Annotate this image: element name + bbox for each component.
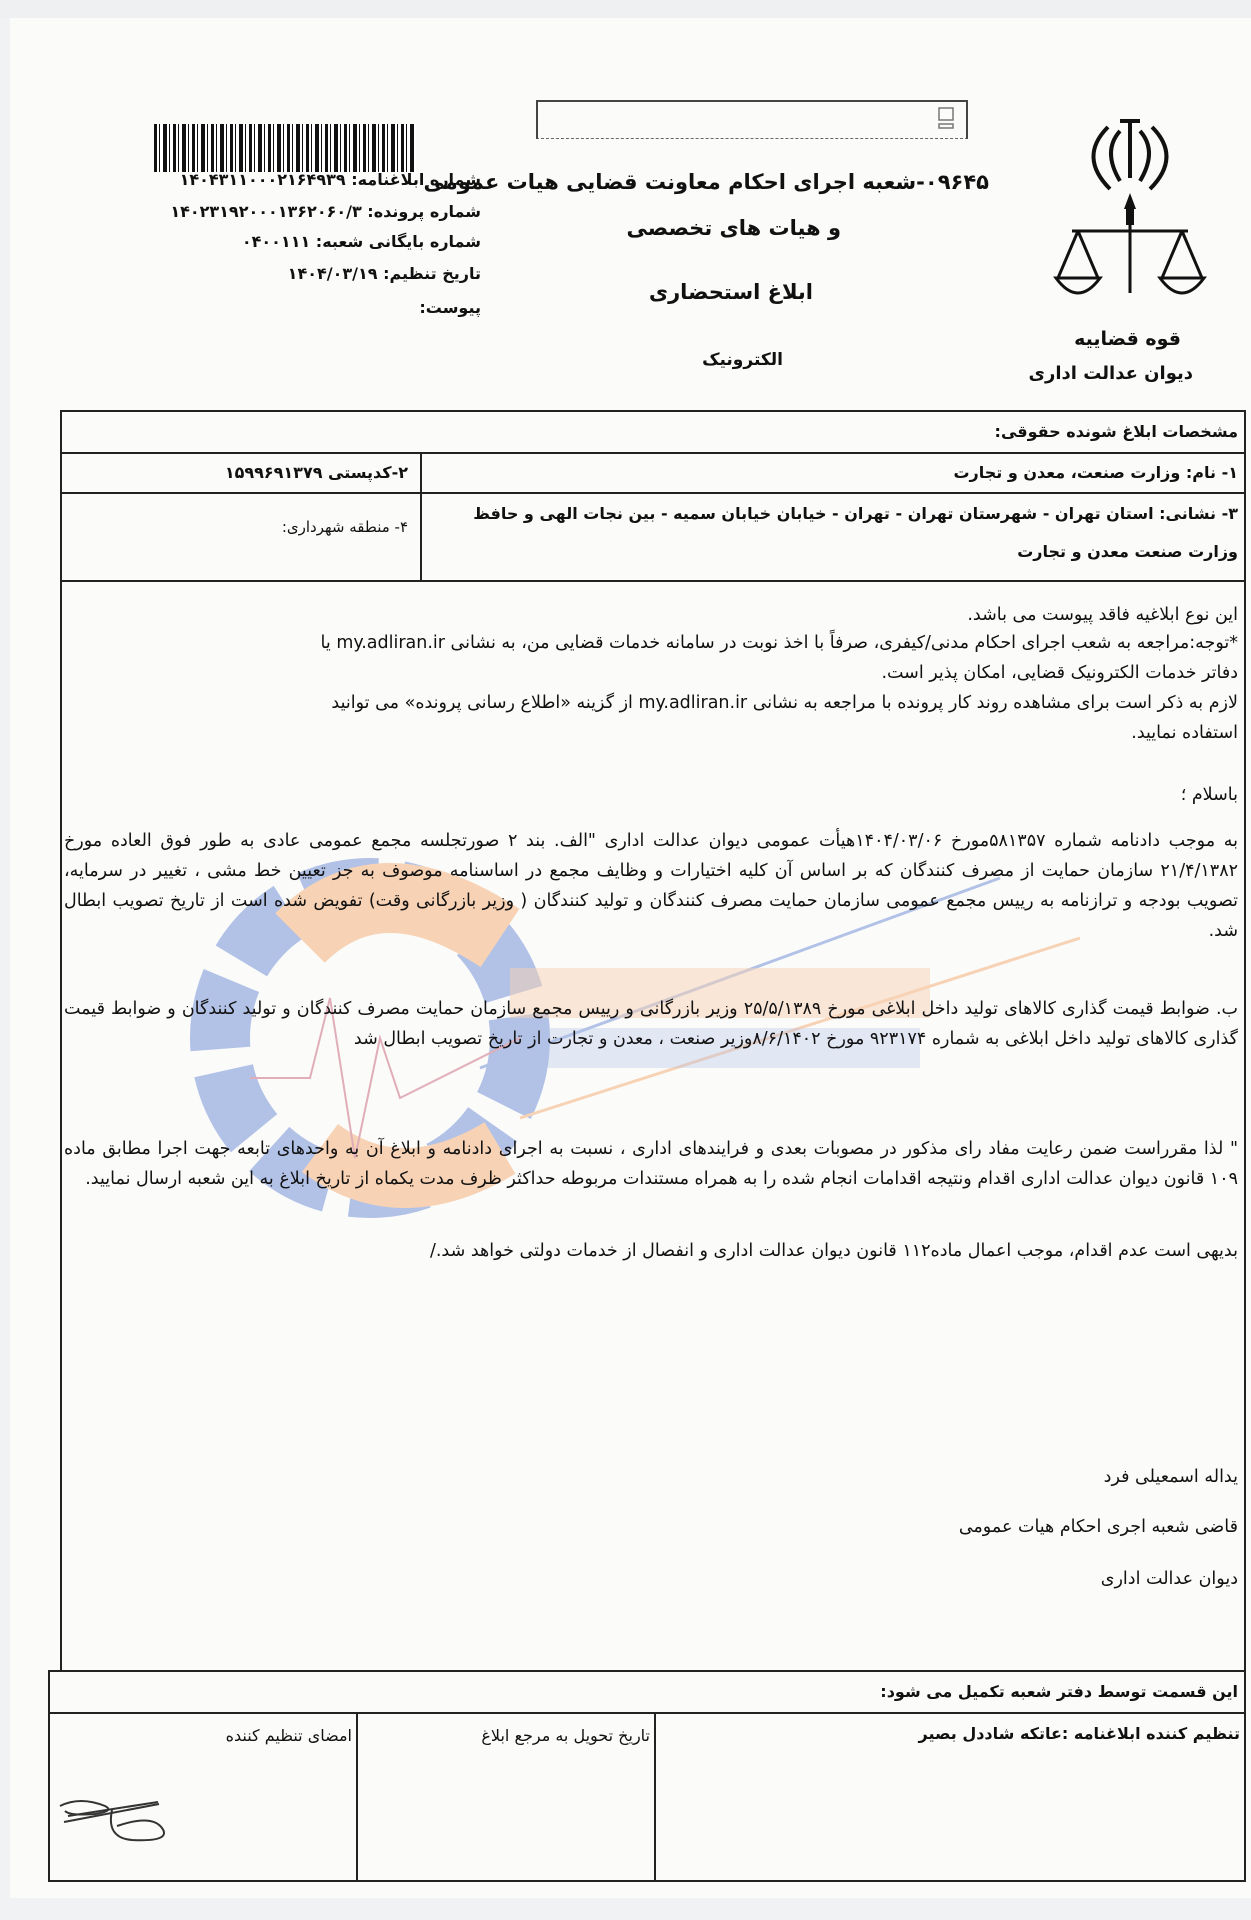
notice-number: ۱۴۰۴۳۱۱۰۰۰۲۱۶۴۹۳۹	[180, 170, 346, 189]
signer-org: دیوان عدالت اداری	[1101, 1564, 1238, 1594]
document-subtype: الکترونیک	[702, 350, 783, 370]
recipient-address-line2: وزارت صنعت معدن و تجارت	[1017, 542, 1238, 561]
barcode	[154, 124, 416, 172]
top-bar	[0, 0, 1251, 18]
paragraph-be: ب. ضوابط قیمت گذاری کالاهای تولید داخل ا…	[64, 994, 1238, 1054]
issue-date-row: تاریخ تنظیم: ۱۴۰۴/۰۳/۱۹	[288, 264, 481, 283]
branch-title-line2: و هیات های تخصصی	[627, 216, 841, 240]
case-number: ۱۴۰۲۳۱۹۲۰۰۰۱۳۶۲۰۶۰/۳	[170, 202, 361, 221]
recipient-table: مشخصات ابلاغ شونده حقوقی: ۱- نام: وزارت …	[60, 410, 1246, 582]
case-tracking-line2: استفاده نمایید.	[1131, 723, 1238, 743]
case-number-row: شماره پرونده: ۱۴۰۲۳۱۹۲۰۰۰۱۳۶۲۰۶۰/۳	[170, 202, 481, 221]
footer-divider	[356, 1714, 358, 1880]
paragraph-warning: بدیهی است عدم اقدام، موجب اعمال ماده۱۱۲ …	[64, 1236, 1238, 1266]
org-subtitle: دیوان عدالت اداری	[1029, 363, 1193, 384]
recipient-table-divider	[420, 454, 422, 582]
office-footer-table: این قسمت توسط دفتر شعبه تکمیل می شود: تن…	[48, 1670, 1246, 1882]
recipient-title-row: مشخصات ابلاغ شونده حقوقی:	[62, 412, 1244, 454]
recipient-name: ۱- نام: وزارت صنعت، معدن و تجارت	[953, 463, 1238, 482]
appointment-notice-line2: دفاتر خدمات الکترونیک قضایی، امکان پذیر …	[881, 663, 1238, 683]
signer-name: یداله اسمعیلی فرد	[1104, 1462, 1238, 1492]
judiciary-emblem-icon	[1050, 113, 1210, 363]
recipient-postal-code: ۲-کدپستی ۱۵۹۹۶۹۱۳۷۹	[225, 463, 408, 482]
archive-number-row: شماره بایگانی شعبه: ۰۴۰۰۱۱۱	[242, 232, 481, 251]
case-tracking-note: لازم به ذکر است برای مشاهده روند کار پرو…	[68, 688, 1238, 748]
prepared-by-name: :عاتکه شاددل بصیر	[919, 1724, 1069, 1743]
office-note: این قسمت توسط دفتر شعبه تکمیل می شود:	[880, 1682, 1238, 1701]
stamp-box	[536, 100, 968, 139]
municipal-district: ۴- منطقه شهرداری:	[282, 518, 408, 536]
preparer-signature-label: امضای تنظیم کننده	[226, 1726, 352, 1745]
paragraph-alef: به موجب دادنامه شماره ۵۸۱۳۵۷مورخ ۱۴۰۴/۰۳…	[64, 826, 1238, 946]
recipient-section-title: مشخصات ابلاغ شونده حقوقی:	[995, 422, 1238, 441]
prepared-by-field: تنظیم کننده ابلاغنامه :عاتکه شاددل بصیر	[919, 1724, 1241, 1743]
branch-title: ۰۹۶۴۵-شعبه اجرای احکام معاونت قضایی هیات…	[424, 170, 989, 194]
handwritten-signature-icon	[54, 1794, 174, 1858]
document-page: قوه قضاییه دیوان عدالت اداری شماره ابلاغ…	[10, 18, 1251, 1898]
document-stamp-icon	[936, 106, 958, 130]
issue-date: ۱۴۰۴/۰۳/۱۹	[288, 264, 378, 283]
recipient-address-row: ۳- نشانی: استان تهران - شهرستان تهران - …	[62, 494, 1244, 580]
no-attachment-note: این نوع ابلاغیه فاقد پیوست می باشد.	[68, 600, 1238, 630]
attachment-label: پیوست:	[419, 298, 481, 317]
org-title: قوه قضاییه	[1074, 328, 1181, 350]
paragraph-order: " لذا مقرراست ضمن رعایت مفاد رای مذکور د…	[64, 1134, 1238, 1194]
footer-divider	[654, 1714, 656, 1880]
appointment-notice: *توجه:مراجعه به شعب اجرای احکام مدنی/کیف…	[68, 628, 1238, 688]
document-type: ابلاغ استحضاری	[649, 280, 813, 304]
case-number-label: شماره پرونده:	[367, 202, 481, 221]
recipient-name-row: ۱- نام: وزارت صنعت، معدن و تجارت ۲-کدپست…	[62, 454, 1244, 494]
signer-title: قاضی شعبه اجری احکام هیات عمومی	[959, 1512, 1238, 1542]
notice-body: این نوع ابلاغیه فاقد پیوست می باشد. *توج…	[60, 582, 1246, 1670]
issue-date-label: تاریخ تنظیم:	[383, 264, 481, 283]
recipient-address: ۳- نشانی: استان تهران - شهرستان تهران - …	[473, 504, 1238, 523]
prepared-by-label: تنظیم کننده ابلاغنامه	[1074, 1724, 1240, 1743]
appointment-notice-line1: *توجه:مراجعه به شعب اجرای احکام مدنی/کیف…	[321, 633, 1238, 653]
delivery-date-label: تاریخ تحویل به مرجع ابلاغ	[481, 1726, 650, 1745]
greeting: باسلام ؛	[1181, 780, 1238, 810]
office-note-row: این قسمت توسط دفتر شعبه تکمیل می شود:	[50, 1672, 1244, 1714]
case-tracking-line1: لازم به ذکر است برای مشاهده روند کار پرو…	[331, 693, 1238, 713]
archive-number: ۰۴۰۰۱۱۱	[242, 232, 310, 251]
archive-number-label: شماره بایگانی شعبه:	[316, 232, 481, 251]
office-fields-row: تنظیم کننده ابلاغنامه :عاتکه شاددل بصیر …	[50, 1714, 1246, 1880]
